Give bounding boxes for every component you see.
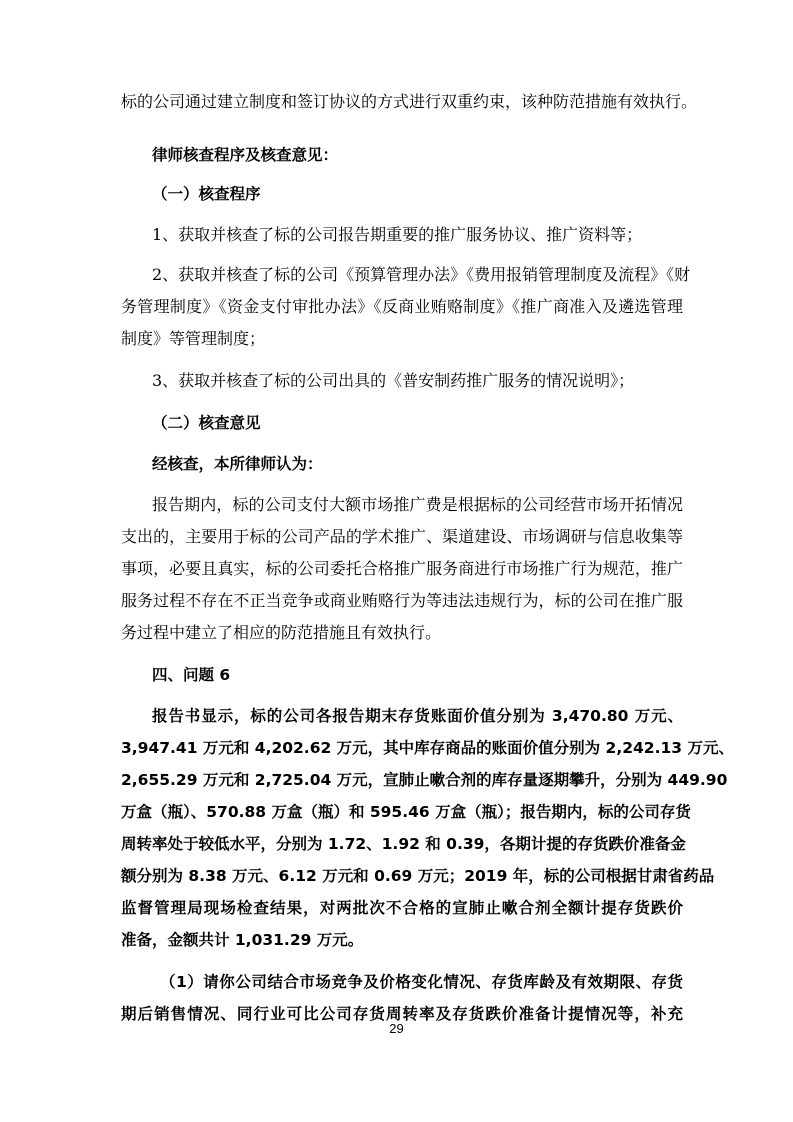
paragraph-line: 务过程中建立了相应的防范措施且有效执行。 — [121, 623, 683, 643]
paragraph-line: 标的公司通过建立制度和签订协议的方式进行双重约束，该种防范措施有效执行。 — [121, 92, 683, 112]
question-text: 2,655.29 万元和 2,725.04 万元，宣肺止嗽合剂的库存量逐期攀升，… — [121, 770, 683, 790]
list-item-cont: 制度》等管理制度； — [121, 329, 683, 349]
page-number: 29 — [0, 1021, 793, 1036]
list-item-cont: 务管理制度》《资金支付审批办法》《反商业贿赂制度》《推广商准入及遴选管理 — [121, 297, 683, 317]
list-item: 3、获取并核查了标的公司出具的《普安制药推广服务的情况说明》； — [152, 371, 683, 391]
question-text: 准备，金额共计 1,031.29 万元。 — [121, 930, 683, 950]
sub-question: （1）请你公司结合市场竞争及价格变化情况、存货库龄及有效期限、存货 — [160, 972, 683, 992]
paragraph-line: 服务过程不存在不正当竞争或商业贿赂行为等违法违规行为，标的公司在推广服 — [121, 591, 683, 611]
question-text: 报告书显示，标的公司各报告期末存货账面价值分别为 3,470.80 万元、 — [152, 706, 683, 726]
paragraph-line: 事项，必要且真实，标的公司委托合格推广服务商进行市场推广行为规范，推广 — [121, 559, 683, 579]
question-text: 3,947.41 万元和 4,202.62 万元，其中库存商品的账面价值分别为 … — [121, 738, 683, 758]
question-heading: 四、问题 6 — [152, 665, 683, 685]
subsection-heading: （二）核查意见 — [152, 413, 683, 433]
question-text: 周转率处于较低水平，分别为 1.72、1.92 和 0.39，各期计提的存货跌价… — [121, 834, 683, 854]
subsection-heading: （一）核查程序 — [152, 184, 683, 204]
conclusion-heading: 经核查，本所律师认为： — [152, 454, 683, 474]
paragraph-line: 支出的，主要用于标的公司产品的学术推广、渠道建设、市场调研与信息收集等 — [121, 527, 683, 547]
question-text: 额分别为 8.38 万元、6.12 万元和 0.69 万元；2019 年，标的公… — [121, 866, 683, 886]
question-text: 监督管理局现场检查结果，对两批次不合格的宣肺止嗽合剂全额计提存货跌价 — [121, 898, 683, 918]
list-item: 1、获取并核查了标的公司报告期重要的推广服务协议、推广资料等； — [152, 225, 683, 245]
question-text: 万盒（瓶）、570.88 万盒（瓶）和 595.46 万盒（瓶）；报告期内，标的… — [121, 802, 683, 822]
paragraph-line: 报告期内，标的公司支付大额市场推广费是根据标的公司经营市场开拓情况 — [152, 495, 683, 515]
list-item: 2、获取并核查了标的公司《预算管理办法》《费用报销管理制度及流程》《财 — [152, 265, 683, 285]
section-heading: 律师核查程序及核查意见： — [152, 145, 683, 165]
